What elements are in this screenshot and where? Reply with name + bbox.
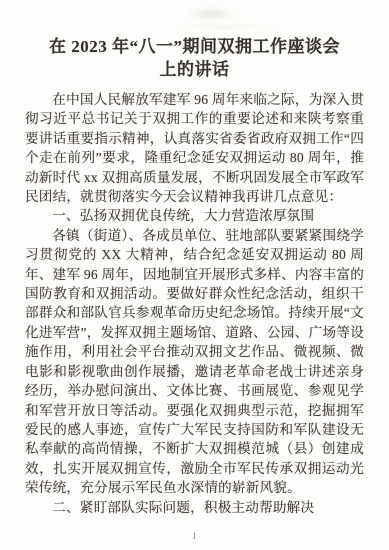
document-title-line-1: 在 2023 年“八一”期间双拥工作座谈会 <box>0 35 389 58</box>
page-number: 1 <box>0 531 389 541</box>
document-page: 在 2023 年“八一”期间双拥工作座谈会 上的讲话 在中国人民解放军建军 96… <box>0 0 389 550</box>
section-heading: 一、弘扬双拥优良传统，大力营造浓厚氛围 <box>25 206 364 225</box>
document-title-line-2: 上的讲话 <box>0 58 389 81</box>
section-heading: 二、紧盯部队实际问题，积极主动帮助解决 <box>25 498 364 517</box>
body-paragraph: 各镇（街道）、各成员单位、驻地部队要紧紧围绕学习贯彻党的 XX 大精神，结合纪念… <box>25 226 364 498</box>
paragraph-list: 在中国人民解放军建军 96 周年来临之际，为深入贯彻习近平总书记关于双拥工作的重… <box>25 90 364 517</box>
document-title: 在 2023 年“八一”期间双拥工作座谈会 上的讲话 <box>0 0 389 81</box>
body-paragraph: 在中国人民解放军建军 96 周年来临之际，为深入贯彻习近平总书记关于双拥工作的重… <box>25 90 364 206</box>
